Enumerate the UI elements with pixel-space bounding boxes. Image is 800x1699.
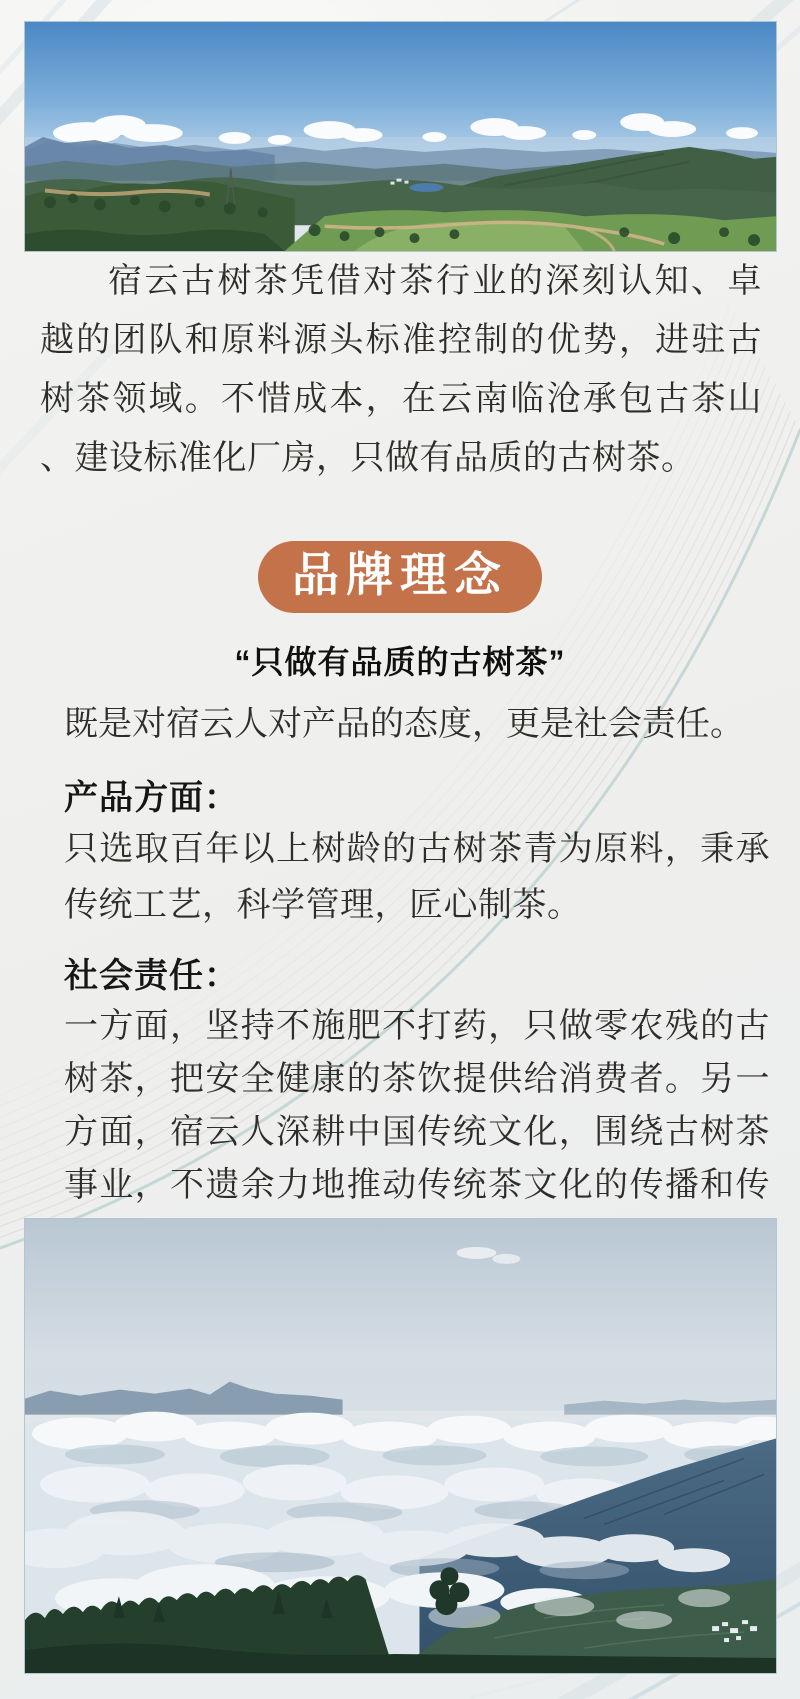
mountain-panorama-photo (24, 21, 777, 252)
intro-paragraph: 宿云古树茶凭借对茶行业的深刻认知、卓越的团队和原料源头标准控制的优势，进驻古树茶… (40, 252, 762, 488)
slogan-description: 既是对宿云人对产品的态度，更是社会责任。 (64, 703, 769, 747)
promo-page: 宿云古树茶凭借对茶行业的深刻认知、卓越的团队和原料源头标准控制的优势，进驻古树茶… (0, 0, 800, 1699)
sea-of-clouds-illustration (25, 1219, 776, 1673)
product-heading: 产品方面： (64, 770, 239, 819)
mountain-panorama-illustration (25, 22, 776, 251)
sea-of-clouds-photo (24, 1218, 777, 1674)
responsibility-heading: 社会责任： (64, 948, 239, 997)
brand-philosophy-badge: 品牌理念 (258, 541, 542, 613)
badge-row: 品牌理念 (0, 541, 800, 613)
brand-slogan: “只做有品质的古树茶” (0, 637, 800, 683)
product-body: 只选取百年以上树龄的古树茶青为原料，秉承传统工艺，科学管理，匠心制茶。 (64, 822, 770, 934)
